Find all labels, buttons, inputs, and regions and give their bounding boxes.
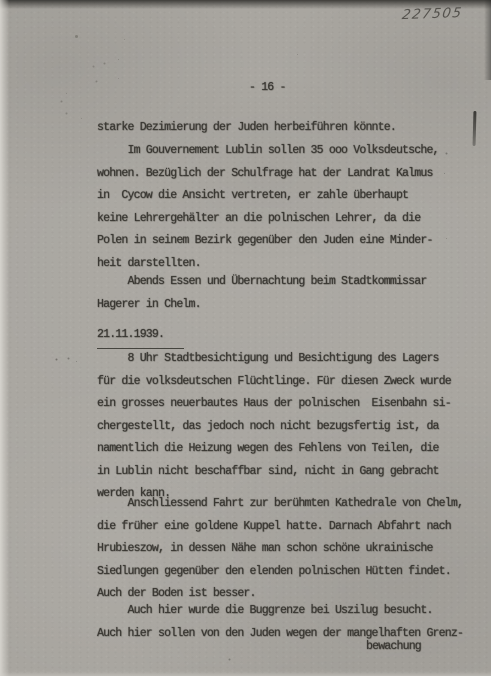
paragraph-continuation-line: starke Dezimierung der Juden herbeiführe… (97, 117, 396, 140)
margin-pen-stroke-mark (473, 111, 477, 146)
paragraph-abends-uebernachtung: Abends Essen und Übernachtung beim Stadt… (97, 271, 426, 316)
scanned-document-page: 227505 - 16 - starke Dezimierung der Jud… (0, 0, 491, 676)
scan-edge-right-shadow (484, 0, 491, 80)
catchword-bottom: bewachung (366, 636, 421, 659)
scan-edge-left-highlight (0, 0, 9, 676)
paragraph-gouvernement-lublin: Im Gouvernement Lublin sollen 35 ooo Vol… (97, 140, 439, 275)
page-number: - 16 - (249, 77, 286, 100)
handwritten-archive-number: 227505 (401, 5, 464, 23)
date-heading: 21.11.1939. (97, 324, 184, 349)
pencil-speck-marks (75, 35, 78, 38)
paragraph-stadtbesichtigung-lager: 8 Uhr Stadtbesichtigung und Besichtigung… (97, 348, 451, 506)
paragraph-kathedrale-chelm: Anschliessend Fahrt zur berühmten Kathed… (97, 493, 463, 606)
scan-edge-bottom-highlight (0, 671, 491, 676)
